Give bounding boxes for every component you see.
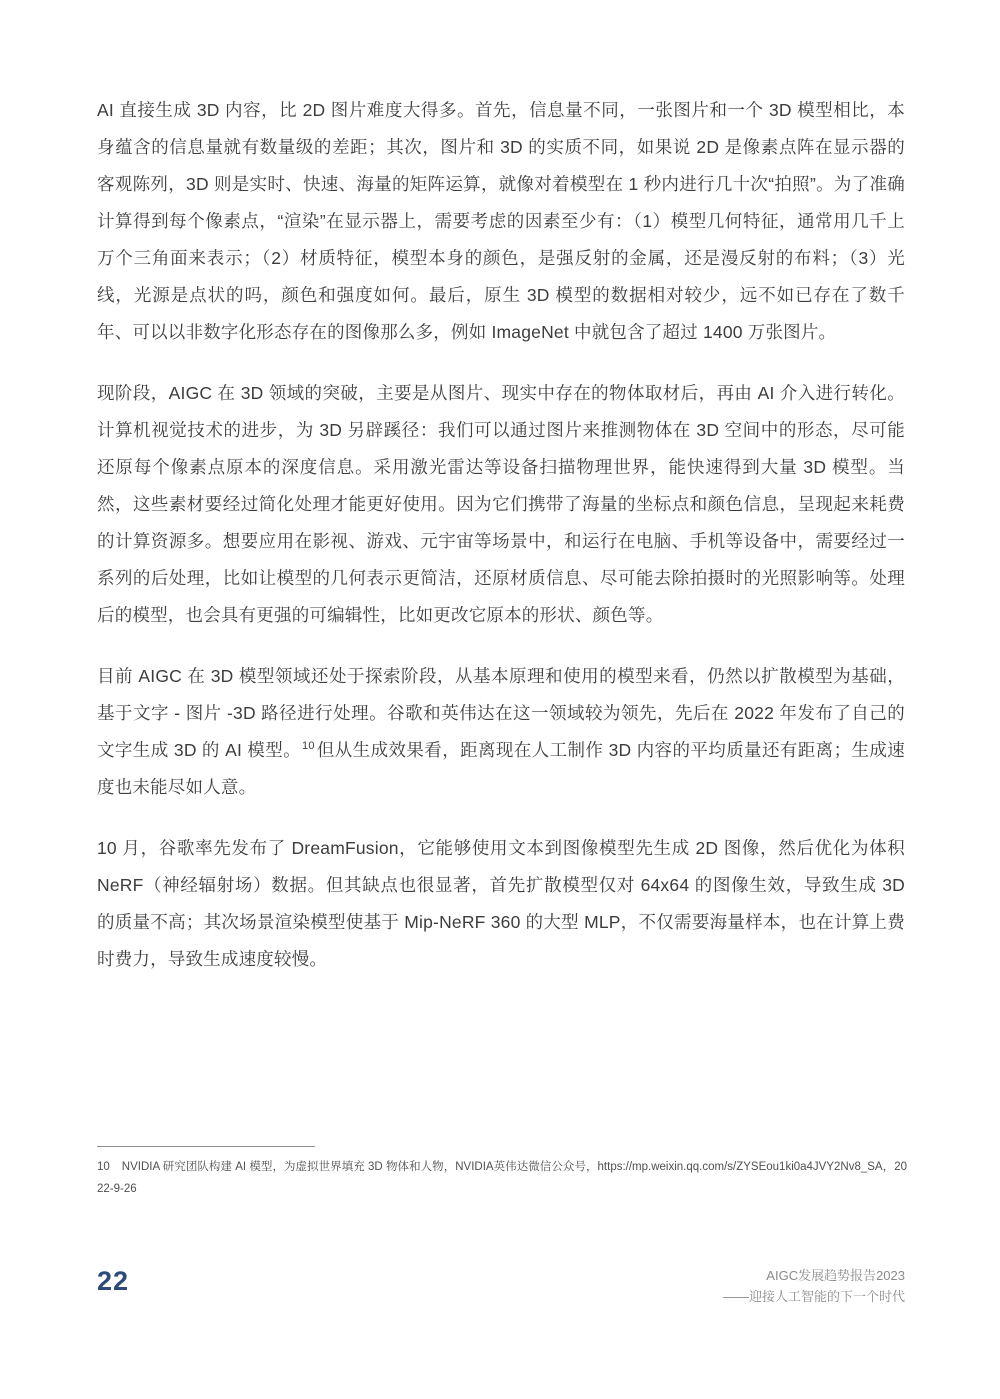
body-paragraph: 目前 AIGC 在 3D 模型领域还处于探索阶段，从基本原理和使用的模型来看，仍…: [97, 658, 905, 806]
footer-report-info: AIGC发展趋势报告2023 ——迎接人工智能的下一个时代: [723, 1265, 905, 1307]
footnote: 10NVIDIA 研究团队构建 AI 模型，为虚拟世界填充 3D 物体和人物，N…: [97, 1156, 907, 1200]
footnote-reference-marker: 10: [301, 740, 317, 752]
body-paragraph: AI 直接生成 3D 内容，比 2D 图片难度大得多。首先，信息量不同，一张图片…: [97, 92, 905, 351]
footnote-text: NVIDIA 研究团队构建 AI 模型，为虚拟世界填充 3D 物体和人物，NVI…: [97, 1161, 907, 1195]
footer-report-subtitle: ——迎接人工智能的下一个时代: [723, 1286, 905, 1307]
body-paragraph: 现阶段，AIGC 在 3D 领域的突破，主要是从图片、现实中存在的物体取材后，再…: [97, 375, 905, 634]
body-text-block: AI 直接生成 3D 内容，比 2D 图片难度大得多。首先，信息量不同，一张图片…: [97, 92, 905, 978]
body-paragraph: 10 月，谷歌率先发布了 DreamFusion，它能够使用文本到图像模型先生成…: [97, 830, 905, 978]
footnote-section: 10NVIDIA 研究团队构建 AI 模型，为虚拟世界填充 3D 物体和人物，N…: [97, 1146, 907, 1200]
page-number: 22: [97, 1266, 129, 1297]
document-page: AI 直接生成 3D 内容，比 2D 图片难度大得多。首先，信息量不同，一张图片…: [0, 0, 1000, 1399]
footnote-divider: [97, 1146, 315, 1147]
footnote-number: 10: [97, 1161, 122, 1173]
footer-report-title: AIGC发展趋势报告2023: [723, 1265, 905, 1286]
